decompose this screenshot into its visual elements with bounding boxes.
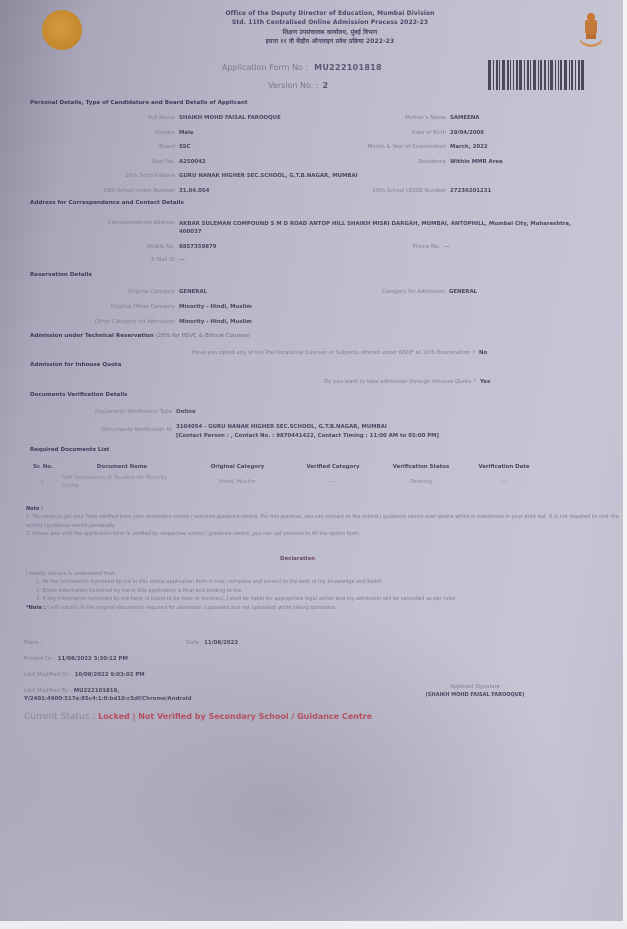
app-form-value: MU222101818 (314, 63, 382, 72)
email-row: E-Mail ID --- (25, 257, 185, 263)
section-technical: Admission under Technical Reservation (2… (30, 333, 250, 339)
modified-by-value: MU222101818, (74, 688, 120, 694)
section-reservation: Reservation Details (30, 272, 92, 278)
corr-address-value: AKBAR SULEMAN COMPOUND S M D ROAD ANTOP … (179, 220, 579, 236)
place-row: Place : (24, 640, 42, 646)
table-cell: --- (289, 472, 377, 492)
signature-label: Applicant Signature (450, 684, 499, 690)
field-row: GenderMale (25, 130, 194, 136)
mobile-value: 8857359879 (179, 244, 217, 250)
orig-category-value: GENERAL (179, 289, 207, 295)
section-address: Address for Correspondence and Contact D… (30, 200, 184, 206)
orig-other-category-value: Minority - Hindi, Muslim (179, 304, 252, 310)
email-label: E-Mail ID (25, 257, 179, 263)
table-cell: Pending (377, 472, 465, 492)
field-row: ResidenceWithin MMR Area (330, 159, 503, 165)
applicant-signature: Applicant Signature (SHAIKH MOHD FAISAL … (400, 683, 550, 699)
phone-value: --- (444, 244, 450, 250)
header-process-marathi: इयत्ता ११ वी केंद्रीय ऑनलाइन प्रवेश प्रक… (150, 37, 510, 45)
application-form-number: Application Form No :MU222101818 (222, 63, 482, 72)
email-value: --- (179, 257, 185, 263)
technical-question: Have you opted any of the Pre-Vocational… (95, 350, 479, 356)
section-personal: Personal Details, Type of Candidature an… (30, 100, 248, 106)
docverify-at-row: Documents Verification At 3104054 - GURU… (22, 423, 439, 441)
column-header: Sr. No. (28, 462, 58, 472)
orig-category-row: Original Category GENERAL (25, 289, 207, 295)
field-label: Board (25, 144, 179, 150)
field-value: SAMEENA (450, 115, 479, 121)
field-row: Month & Year of ExaminationMarch, 2022 (330, 144, 488, 150)
note-block: Note : 1. You need to get your form veri… (26, 505, 621, 539)
declaration-item-2: 2. Entire information furnished by me in… (36, 588, 243, 594)
version-label: Version No. : (268, 81, 318, 90)
declaration-block: I hereby declare & understand that: 1. A… (26, 570, 621, 612)
table-row: 1.Self Declaration of Student for Minori… (28, 472, 543, 492)
technical-heading: Admission under Technical Reservation (30, 333, 154, 339)
declaration-intro: I hereby declare & understand that: (26, 571, 116, 577)
field-label: Gender (25, 130, 179, 136)
field-row: BoardSSC (25, 144, 190, 150)
signature-name: (SHAIKH MOHD FAISAL FAROOQUE) (426, 692, 525, 698)
printed-on-row: Printed On : 11/08/2022 3:30:12 PM (24, 656, 128, 662)
field-value: 31.04.054 (179, 188, 209, 194)
field-value: A250042 (179, 159, 206, 165)
column-header: Original Category (186, 462, 289, 472)
modified-on-value: 10/08/2022 9:03:02 PM (75, 672, 145, 678)
column-header: Verified Category (289, 462, 377, 472)
current-status: Current Status : Locked | Not Verified b… (24, 712, 372, 722)
docverify-at-label: Documents Verification At (22, 423, 176, 433)
modified-by-label: Last Modified By : (24, 688, 72, 694)
header-office: Office of the Deputy Director of Educati… (150, 10, 510, 17)
inhouse-answer: Yes (480, 379, 490, 385)
field-value: 29/04/2006 (450, 130, 484, 136)
field-row: Seat No.A250042 (25, 159, 206, 165)
table-cell: Hindi, Muslim (186, 472, 289, 492)
other-category-admission-value: Minority - Hindi, Muslim (179, 319, 252, 325)
column-header: Document Name (58, 462, 186, 472)
category-admission-row: Category for Admission GENERAL (330, 289, 477, 295)
field-label: Seat No. (25, 159, 179, 165)
field-label: 10th School UDISE Number (330, 188, 450, 194)
field-label: Month & Year of Examination (330, 144, 450, 150)
seal-icon (42, 10, 82, 50)
field-value: Within MMR Area (450, 159, 503, 165)
declaration-item-3: 3. If any information furnished by me he… (36, 596, 457, 602)
declaration-note-label: *Note : (26, 605, 46, 611)
printed-on-label: Printed On : (24, 656, 56, 662)
column-header: Verification Date (465, 462, 543, 472)
modified-on-row: Last Modified On : 10/08/2022 9:03:02 PM (24, 672, 145, 678)
field-value: SSC (179, 144, 190, 150)
mobile-row: Mobile No. 8857359879 (25, 244, 217, 250)
orig-category-label: Original Category (25, 289, 179, 295)
docverify-at-school: 3104054 - GURU NANAK HIGHER SEC.SCHOOL, … (176, 424, 387, 430)
inhouse-question: Do you want to take admission through In… (160, 379, 480, 385)
orig-other-category-label: Original Other Category (25, 304, 179, 310)
field-label: Residence (330, 159, 450, 165)
docverify-at-contact: [Contact Person : , Contact No. : 987044… (176, 433, 439, 439)
image-border-right (623, 0, 627, 929)
status-label: Current Status : (24, 712, 95, 722)
app-form-label: Application Form No : (222, 63, 308, 72)
field-value: Male (179, 130, 194, 136)
field-value: GURU NANAK HIGHER SEC.SCHOOL, G.T.B.NAGA… (179, 173, 358, 179)
field-value: SHAIKH MOHD FAISAL FAROOQUE (179, 115, 281, 121)
state-emblem-icon (576, 10, 606, 52)
place-label: Place : (24, 640, 42, 646)
category-admission-label: Category for Admission (330, 289, 449, 295)
mobile-label: Mobile No. (25, 244, 179, 250)
note-line-1: 1. You need to get your form verified fr… (26, 514, 619, 528)
header-process: Std. 11th Centralised Online Admission P… (150, 19, 510, 26)
field-row: 10th School UDISE Number27230201231 (330, 188, 491, 194)
status-value: Locked | Not Verified by Secondary Schoo… (98, 712, 372, 721)
photographed-form-sheet: Office of the Deputy Director of Educati… (0, 0, 623, 921)
printed-on-value: 11/08/2022 3:30:12 PM (58, 656, 128, 662)
table-cell: Self Declaration of Student for Minority… (58, 472, 186, 492)
column-header: Verification Status (377, 462, 465, 472)
required-docs-table: Sr. No.Document NameOriginal CategoryVer… (28, 462, 543, 492)
table-cell: 1. (28, 472, 58, 492)
version-value: 2 (322, 81, 328, 90)
declaration-heading: Declaration (280, 556, 315, 562)
corr-address-label: Correspondence Address (25, 220, 179, 226)
date-value: 11/08/2022 (204, 640, 238, 646)
phone-label: Phone No. (380, 244, 444, 250)
date-label: Date : (186, 640, 202, 646)
image-border-bottom (0, 921, 627, 929)
section-required-docs: Required Documents List (30, 447, 109, 453)
table-cell: --- (465, 472, 543, 492)
technical-heading-note: (26% for HSVC & Bifocal Courses) (156, 333, 251, 339)
field-row: Full NameSHAIKH MOHD FAISAL FAROOQUE (25, 115, 281, 121)
category-admission-value: GENERAL (449, 289, 477, 295)
version-number: Version No. :2 (268, 81, 328, 90)
photo-shadow (0, 560, 623, 921)
field-value: 27230201231 (450, 188, 491, 194)
docverify-type-value: Online (176, 409, 196, 415)
modified-by-device: Y/2401:4900:517e:85c4:1:0:bd10:c5df/Chro… (24, 696, 192, 702)
declaration-note-text: I will submit all the original documents… (47, 605, 337, 611)
note-heading: Note : (26, 506, 43, 512)
other-category-admission-label: Other Category for Admission (25, 319, 179, 325)
modified-on-label: Last Modified On : (24, 672, 73, 678)
header-office-marathi: शिक्षण उपसंचालक कार्यालय, मुंबई विभाग (150, 28, 510, 36)
section-inhouse: Admission for Inhouse Quota (30, 362, 121, 368)
docverify-type-label: Documents Verification Type (22, 409, 176, 415)
date-row: Date : 11/08/2022 (186, 640, 238, 646)
phone-row: Phone No. --- (380, 244, 450, 250)
inhouse-question-row: Do you want to take admission through In… (160, 379, 490, 385)
note-line-2: 2. Unless and until the application form… (26, 531, 360, 537)
field-row: 10th School NameGURU NANAK HIGHER SEC.SC… (25, 173, 358, 179)
corr-address-row: Correspondence Address AKBAR SULEMAN COM… (25, 220, 585, 236)
declaration-item-1: 1. All the information furnished by me i… (36, 579, 382, 585)
other-category-admission-row: Other Category for Admission Minority - … (25, 319, 252, 325)
orig-other-category-row: Original Other Category Minority - Hindi… (25, 304, 252, 310)
field-row: Mother's NameSAMEENA (330, 115, 479, 121)
field-row: 10th School Index Number31.04.054 (25, 188, 209, 194)
section-docverify: Documents Verification Details (30, 392, 127, 398)
modified-by-row: Last Modified By : MU222101818, Y/2401:4… (24, 687, 192, 703)
field-label: Date of Birth (330, 130, 450, 136)
field-label: Full Name (25, 115, 179, 121)
docverify-type-row: Documents Verification Type Online (22, 409, 196, 415)
field-value: March, 2022 (450, 144, 488, 150)
barcode-icon (488, 60, 610, 90)
field-row: Date of Birth29/04/2006 (330, 130, 484, 136)
field-label: Mother's Name (330, 115, 450, 121)
field-label: 10th School Index Number (25, 188, 179, 194)
technical-answer: No (479, 350, 487, 356)
field-label: 10th School Name (25, 173, 179, 179)
technical-question-row: Have you opted any of the Pre-Vocational… (95, 350, 487, 356)
